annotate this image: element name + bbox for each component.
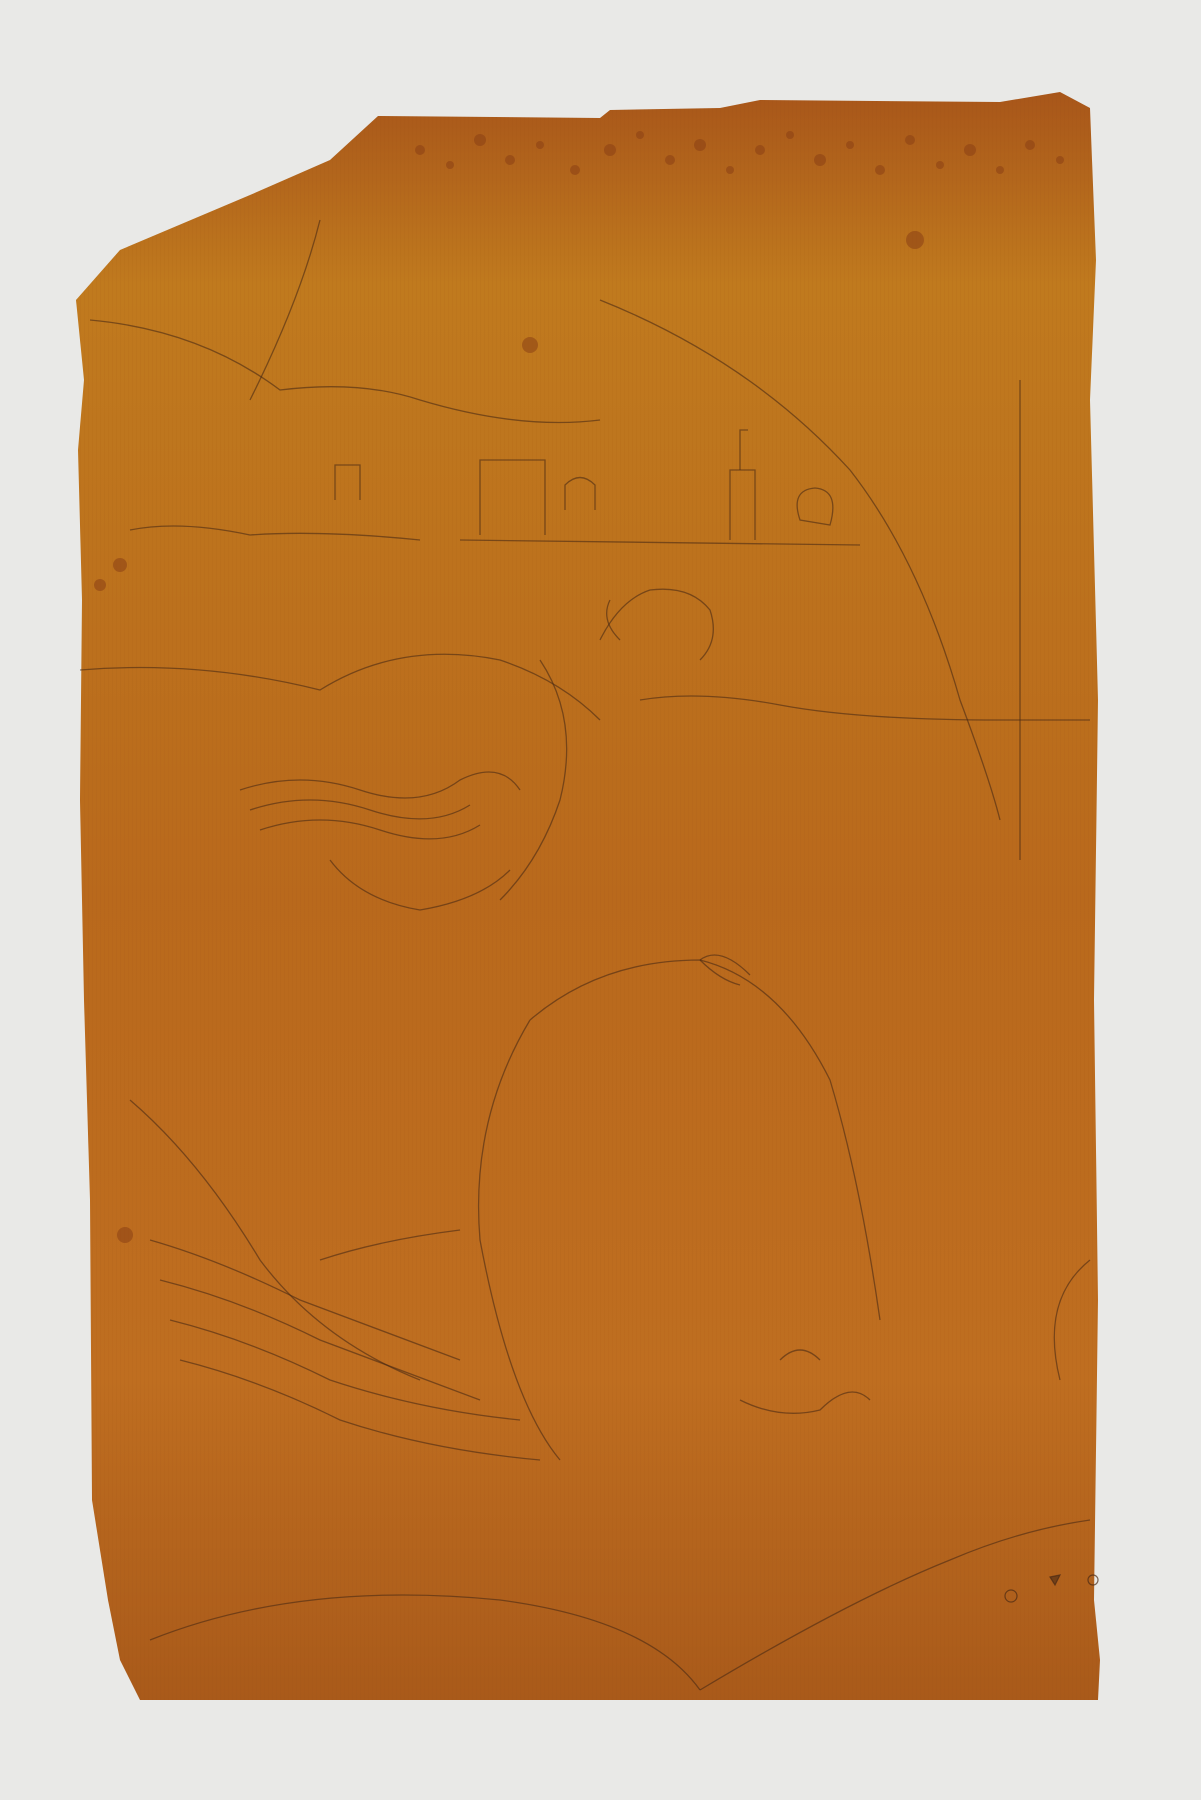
photo-stage	[0, 0, 1201, 1800]
drawing-sheet	[0, 0, 1201, 1800]
